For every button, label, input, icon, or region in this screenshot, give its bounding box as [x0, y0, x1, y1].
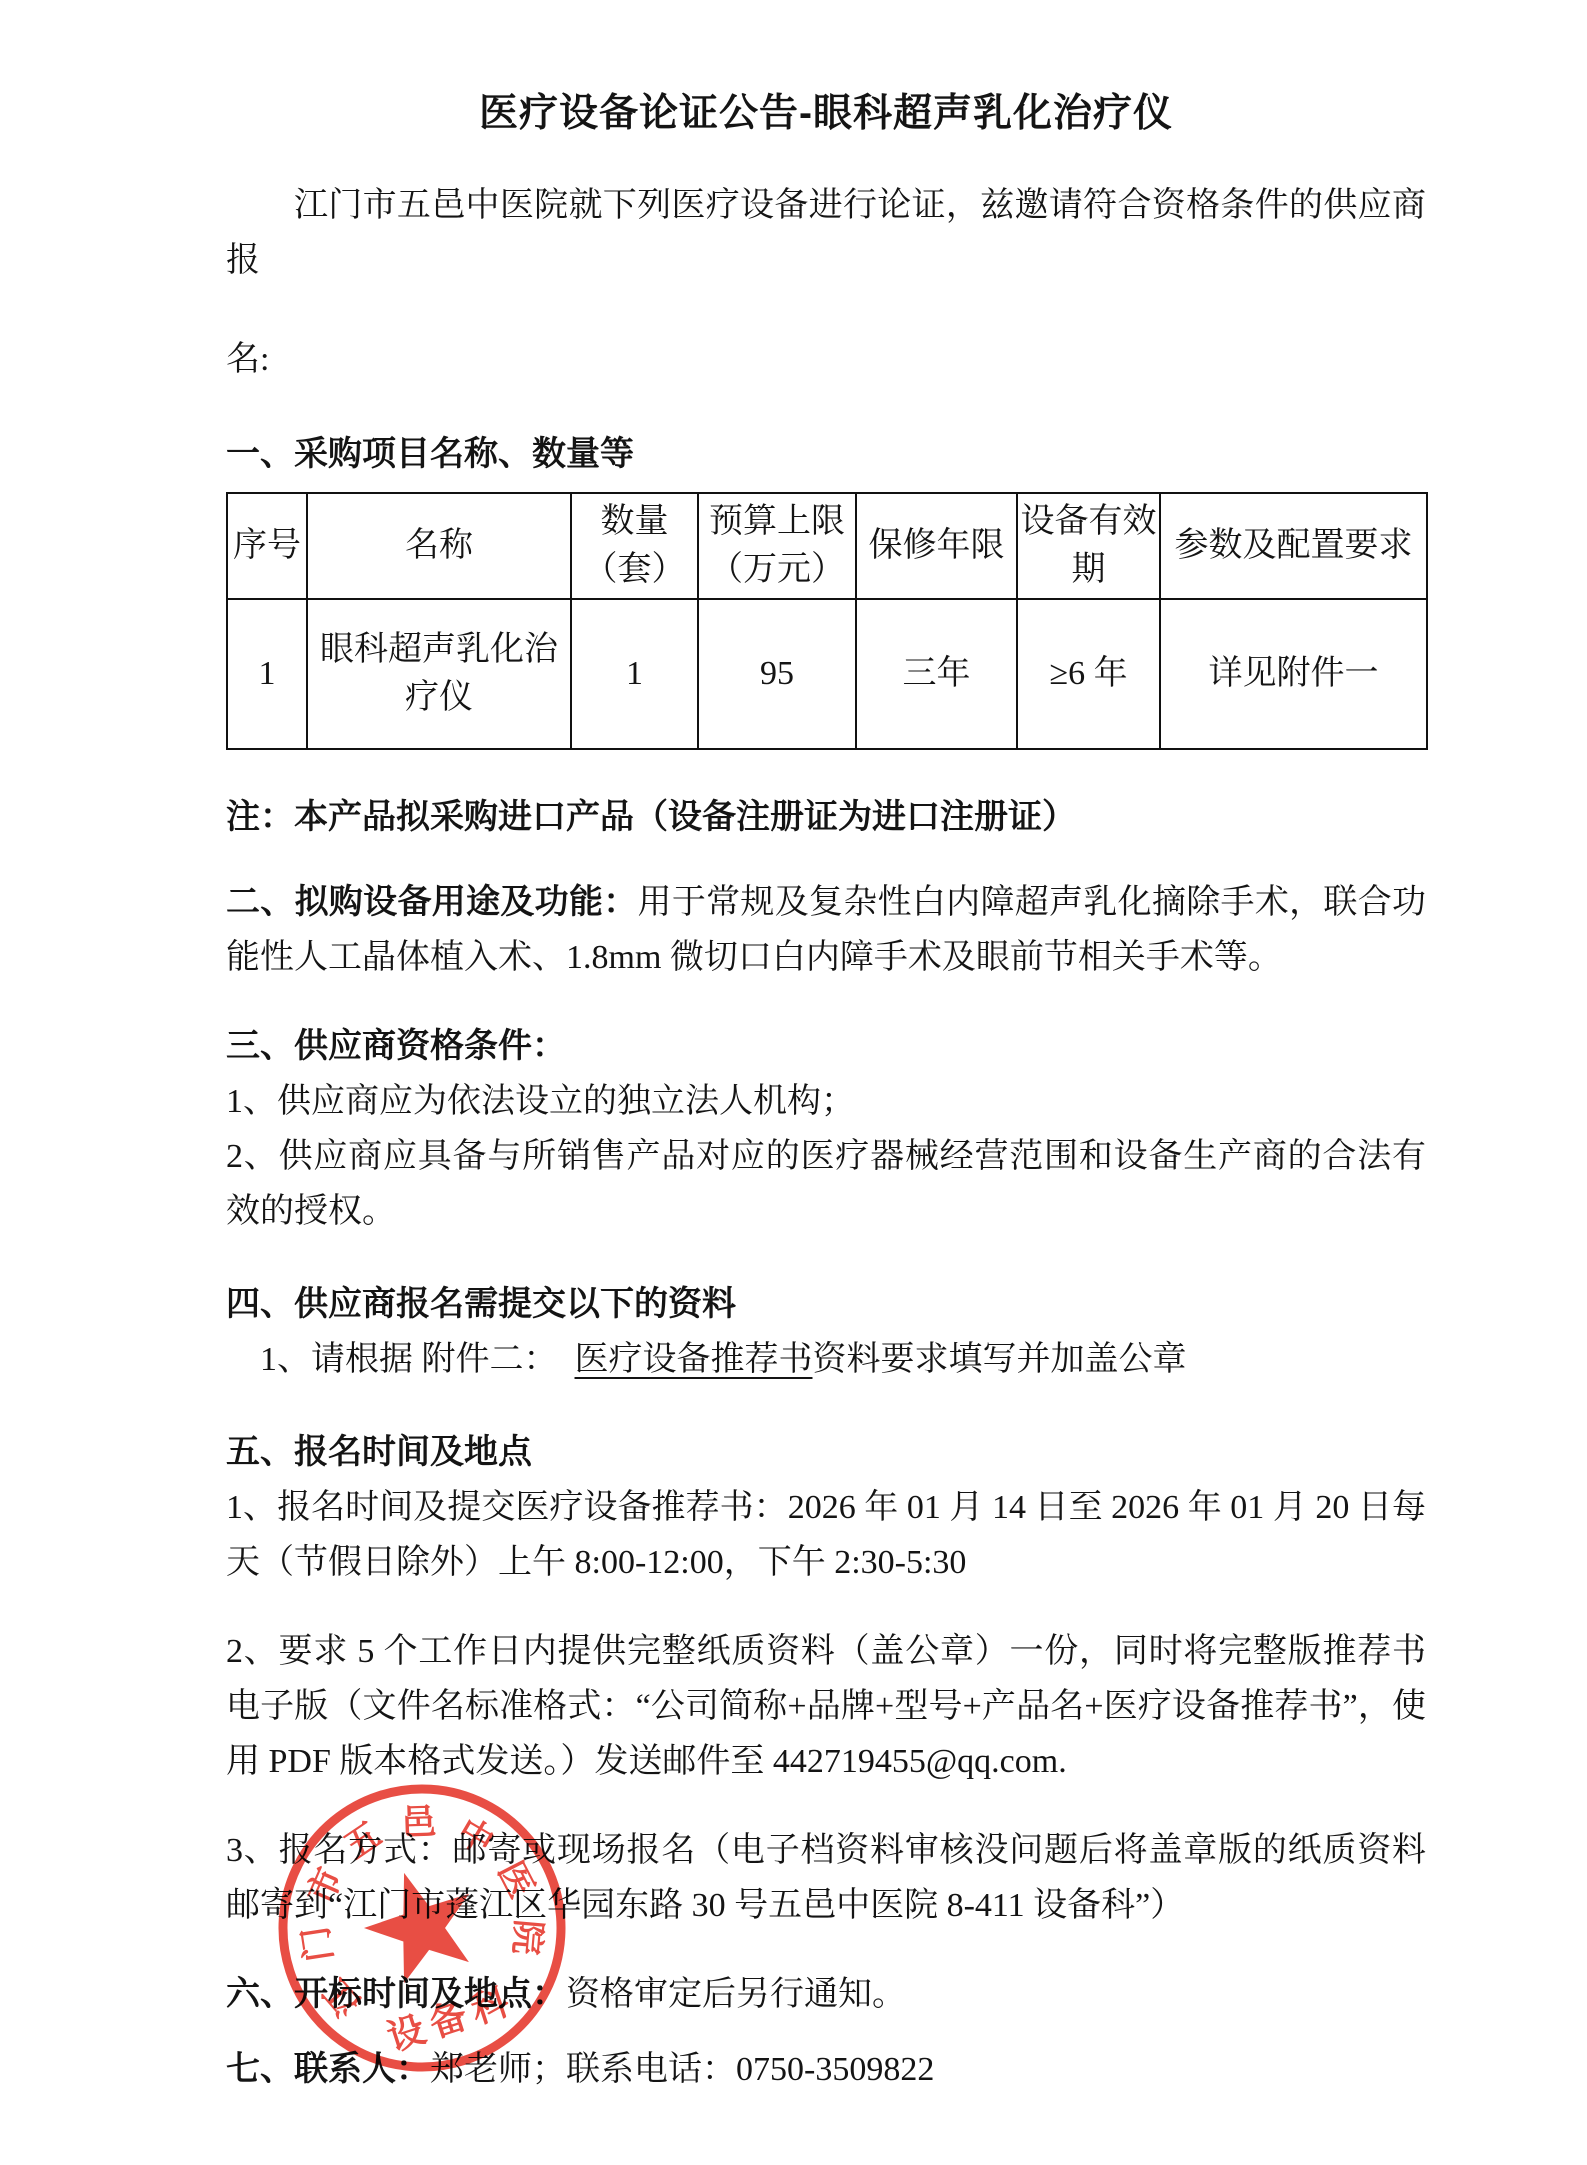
- intro-paragraph-line1: 江门市五邑中医院就下列医疗设备进行论证，兹邀请符合资格条件的供应商报: [226, 178, 1426, 288]
- section-6-heading: 六、开标时间及地点：: [226, 1976, 566, 2013]
- section-4-item-1: 1、请根据 附件二： 医疗设备推荐书资料要求填写并加盖公章: [226, 1332, 1426, 1387]
- section-5-heading: 五、报名时间及地点: [226, 1425, 1426, 1480]
- cell-quantity: 1: [571, 599, 698, 749]
- cell-specs: 详见附件一: [1160, 599, 1427, 749]
- section-4-item-suffix: 资料要求填写并加盖公章: [813, 1341, 1187, 1378]
- header-cell-budget: 预算上限（万元）: [698, 493, 856, 599]
- intro-paragraph-line2: 名:: [226, 332, 1426, 387]
- cell-budget: 95: [698, 599, 856, 749]
- cell-index: 1: [227, 599, 307, 749]
- section-3-heading: 三、供应商资格条件：: [226, 1019, 1426, 1074]
- procurement-table: 序号 名称 数量（套） 预算上限（万元） 保修年限 设备有效期 参数及配置要求 …: [226, 492, 1428, 750]
- section-7-heading: 七、联系人：: [226, 2051, 430, 2088]
- cell-warranty: 三年: [856, 599, 1017, 749]
- header-cell-name: 名称: [307, 493, 571, 599]
- section-7-body: 郑老师；联系电话：0750-3509822: [430, 2051, 934, 2088]
- section-7-paragraph: 七、联系人：郑老师；联系电话：0750-3509822: [226, 2042, 1426, 2097]
- document-content: 医疗设备论证公告-眼科超声乳化治疗仪 江门市五邑中医院就下列医疗设备进行论证，兹…: [226, 90, 1426, 2097]
- section-3-item-1: 1、供应商应为依法设立的独立法人机构；: [226, 1074, 1426, 1129]
- header-cell-quantity: 数量（套）: [571, 493, 698, 599]
- section-4-heading: 四、供应商报名需提交以下的资料: [226, 1277, 1426, 1332]
- section-6-body: 资格审定后另行通知。: [566, 1976, 906, 2013]
- attachment-2-link[interactable]: 医疗设备推荐书: [575, 1341, 813, 1378]
- section-4-item-prefix: 1、请根据 附件二：: [260, 1341, 575, 1378]
- page-title: 医疗设备论证公告-眼科超声乳化治疗仪: [226, 90, 1426, 138]
- header-cell-specs: 参数及配置要求: [1160, 493, 1427, 599]
- table-header-row: 序号 名称 数量（套） 预算上限（万元） 保修年限 设备有效期 参数及配置要求: [227, 493, 1427, 599]
- header-cell-validity: 设备有效期: [1017, 493, 1160, 599]
- section-2-heading: 二、拟购设备用途及功能：: [226, 884, 638, 921]
- section-6-paragraph: 六、开标时间及地点：资格审定后另行通知。: [226, 1967, 1426, 2022]
- document-page: 医疗设备论证公告-眼科超声乳化治疗仪 江门市五邑中医院就下列医疗设备进行论证，兹…: [0, 0, 1587, 2165]
- header-cell-warranty: 保修年限: [856, 493, 1017, 599]
- section-5-item-2: 2、要求 5 个工作日内提供完整纸质资料（盖公章）一份，同时将完整版推荐书电子版…: [226, 1624, 1426, 1789]
- section-5-item-3: 3、报名方式：邮寄或现场报名（电子档资料审核没问题后将盖章版的纸质资料邮寄到“江…: [226, 1823, 1426, 1933]
- section-3-item-2: 2、供应商应具备与所销售产品对应的医疗器械经营范围和设备生产商的合法有效的授权。: [226, 1129, 1426, 1239]
- header-cell-index: 序号: [227, 493, 307, 599]
- section-1-heading: 一、采购项目名称、数量等: [226, 427, 1426, 482]
- section-5-item-1: 1、报名时间及提交医疗设备推荐书：2026 年 01 月 14 日至 2026 …: [226, 1480, 1426, 1590]
- cell-name: 眼科超声乳化治疗仪: [307, 599, 571, 749]
- section-2-paragraph: 二、拟购设备用途及功能：用于常规及复杂性白内障超声乳化摘除手术，联合功能性人工晶…: [226, 875, 1426, 985]
- cell-validity: ≥6 年: [1017, 599, 1160, 749]
- import-note: 注：本产品拟采购进口产品（设备注册证为进口注册证）: [226, 790, 1426, 845]
- table-row: 1 眼科超声乳化治疗仪 1 95 三年 ≥6 年 详见附件一: [227, 599, 1427, 749]
